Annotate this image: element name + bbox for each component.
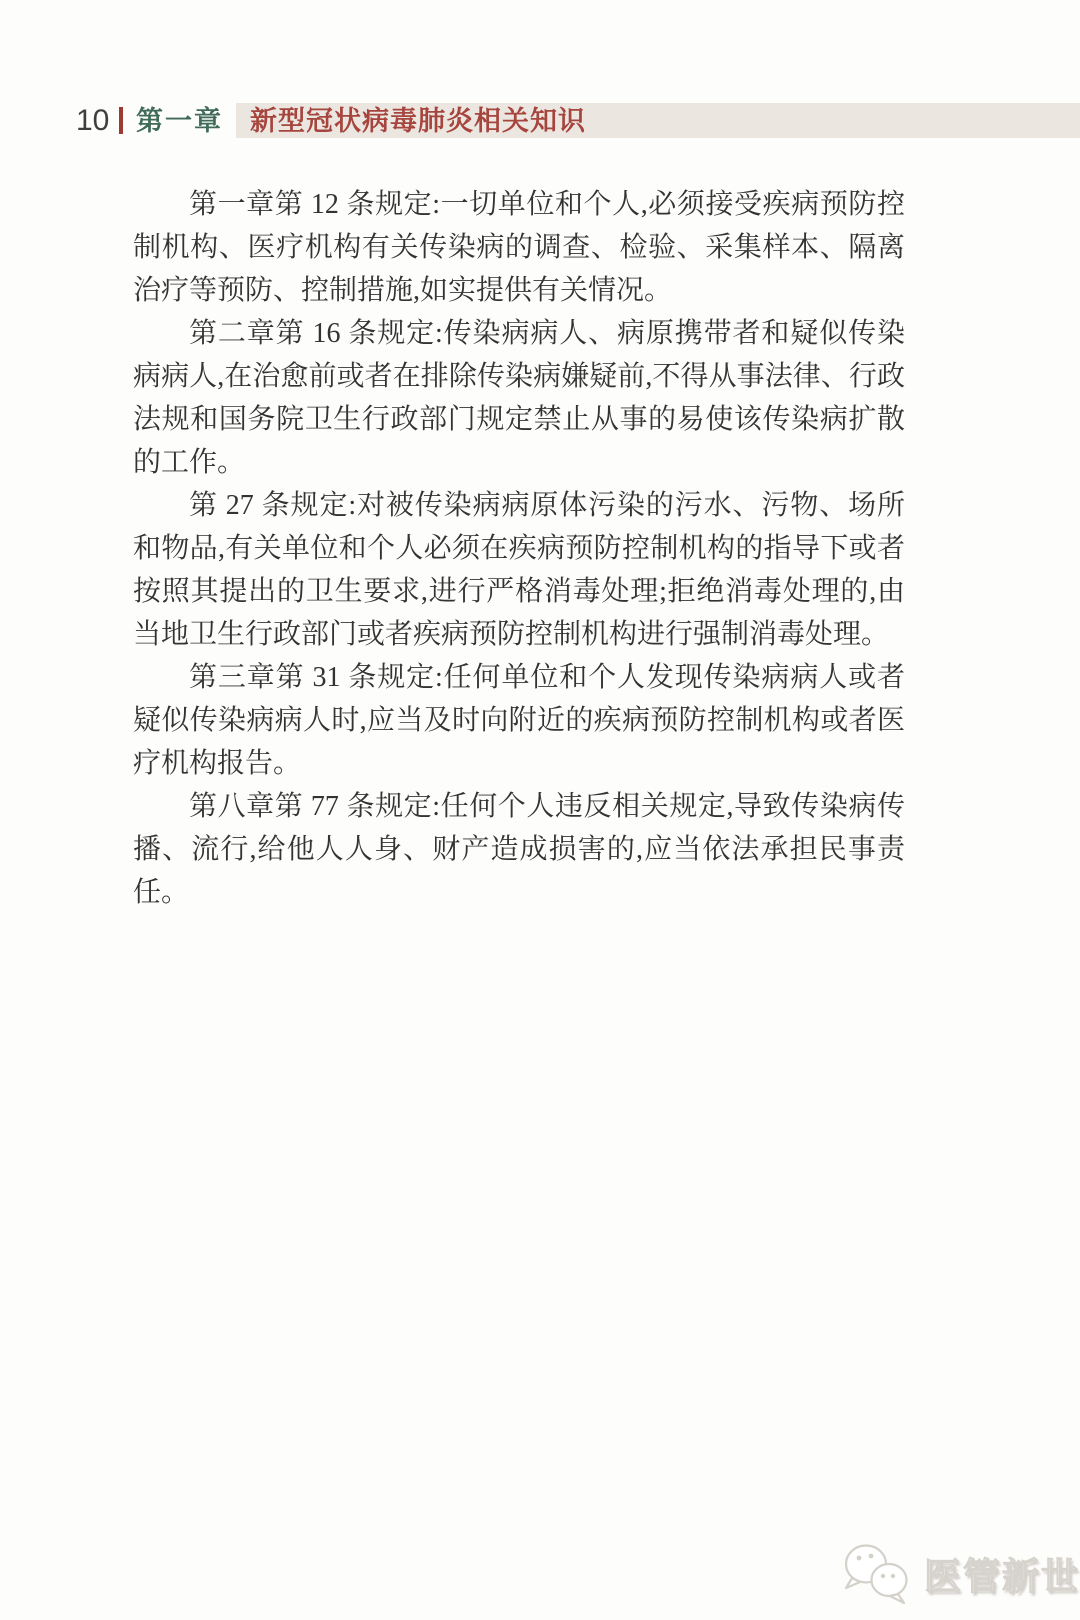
body-paragraph: 第 27 条规定:对被传染病病原体污染的污水、污物、场所和物品,有关单位和个人必… <box>133 484 905 656</box>
watermark-text: 医管新世界 <box>924 1546 1080 1600</box>
book-page: 10 第一章 新型冠状病毒肺炎相关知识 第一章第 12 条规定:一切单位和个人,… <box>0 0 1080 1620</box>
body-paragraph: 第一章第 12 条规定:一切单位和个人,必须接受疾病预防控制机构、医疗机构有关传… <box>133 183 905 312</box>
chapter-label: 第一章 <box>136 106 223 136</box>
header-divider-bar <box>119 107 123 134</box>
watermark: 医管新世界 <box>840 1540 1080 1606</box>
body-paragraph: 第三章第 31 条规定:任何单位和个人发现传染病病人或者疑似传染病病人时,应当及… <box>133 656 905 785</box>
body-paragraph: 第八章第 77 条规定:任何个人违反相关规定,导致传染病传播、流行,给他人人身、… <box>133 785 905 914</box>
body-text: 第一章第 12 条规定:一切单位和个人,必须接受疾病预防控制机构、医疗机构有关传… <box>133 183 905 914</box>
chapter-title: 新型冠状病毒肺炎相关知识 <box>250 106 586 136</box>
page-number: 10 <box>76 104 109 137</box>
chapter-title-band: 新型冠状病毒肺炎相关知识 <box>236 103 1080 138</box>
body-paragraph: 第二章第 16 条规定:传染病病人、病原携带者和疑似传染病病人,在治愈前或者在排… <box>133 312 905 484</box>
page-header: 10 第一章 新型冠状病毒肺炎相关知识 <box>0 103 1080 138</box>
wechat-chat-bubbles-icon <box>840 1540 916 1606</box>
